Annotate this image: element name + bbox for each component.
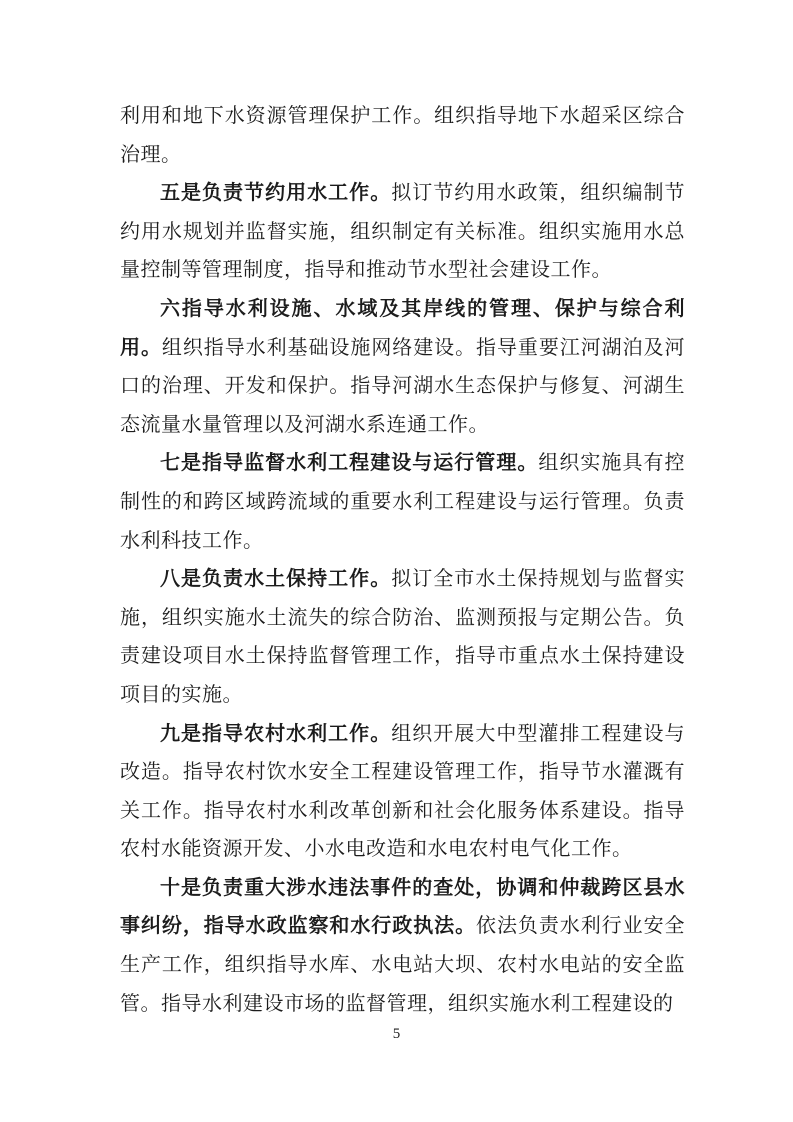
document-body: 利用和地下水资源管理保护工作。组织指导地下水超采区综合治理。 五是负责节约用水工… (120, 97, 685, 1023)
paragraph-duty-6: 六指导水利设施、水域及其岸线的管理、保护与综合利用。组织指导水利基础设施网络建设… (120, 290, 685, 444)
paragraph-duty-5: 五是负责节约用水工作。拟订节约用水政策，组织编制节约用水规划并监督实施，组织制定… (120, 174, 685, 290)
paragraph-text: 组织指导水利基础设施网络建设。指导重要江河湖泊及河口的治理、开发和保护。指导河湖… (120, 337, 685, 436)
paragraph-continuation: 利用和地下水资源管理保护工作。组织指导地下水超采区综合治理。 (120, 97, 685, 174)
paragraph-lead: 八是负责水土保持工作。 (160, 568, 391, 590)
paragraph-text: 利用和地下水资源管理保护工作。组织指导地下水超采区综合治理。 (120, 105, 685, 166)
page-number: 5 (0, 1026, 793, 1043)
paragraph-duty-8: 八是负责水土保持工作。拟订全市水土保持规划与监督实施，组织实施水土流失的综合防治… (120, 560, 685, 714)
paragraph-duty-10: 十是负责重大涉水违法事件的查处，协调和仲裁跨区县水事纠纷，指导水政监察和水行政执… (120, 869, 685, 1023)
paragraph-duty-7: 七是指导监督水利工程建设与运行管理。组织实施具有控制性的和跨区域跨流域的重要水利… (120, 444, 685, 560)
paragraph-lead: 七是指导监督水利工程建设与运行管理。 (160, 452, 538, 474)
document-page: 利用和地下水资源管理保护工作。组织指导地下水超采区综合治理。 五是负责节约用水工… (0, 0, 793, 1122)
paragraph-duty-9: 九是指导农村水利工作。组织开展大中型灌排工程建设与改造。指导农村饮水安全工程建设… (120, 715, 685, 869)
paragraph-lead: 九是指导农村水利工作。 (160, 723, 391, 745)
paragraph-lead: 五是负责节约用水工作。 (160, 182, 391, 204)
